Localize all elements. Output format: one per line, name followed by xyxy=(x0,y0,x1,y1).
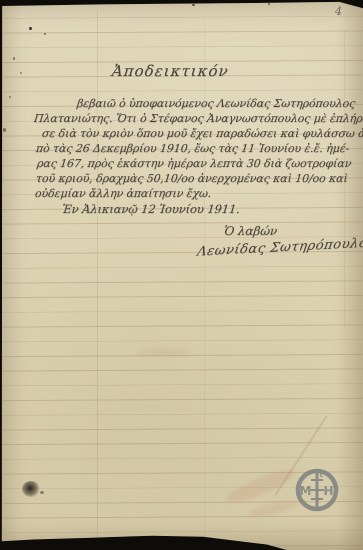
body-line-7: οὐδεμίαν ἄλλην ἀπαίτησιν ἔχω. xyxy=(34,187,212,200)
speck xyxy=(44,33,46,35)
speck xyxy=(29,27,32,30)
body-line-4: πὸ τὰς 26 Δεκεμβρίου 1910, ἕως τὰς 11 Ἰο… xyxy=(35,142,350,155)
document-title: Ἀποδεικτικόν xyxy=(111,62,230,80)
archive-stamp-icon: Μ Η ε xyxy=(294,467,340,513)
svg-text:Μ: Μ xyxy=(300,484,312,498)
ink-stain xyxy=(22,481,40,497)
speck xyxy=(13,57,15,60)
vertical-crease xyxy=(97,10,98,540)
svg-text:ε: ε xyxy=(320,471,324,479)
speck xyxy=(268,3,270,5)
speck xyxy=(192,4,195,6)
body-line-2: Πλατανιώτης. Ὅτι ὁ Στέφανος Ἀναγνωστόπου… xyxy=(33,112,363,125)
signature-caption: Ὁ λαβών xyxy=(223,224,278,238)
speck xyxy=(40,491,44,494)
svg-text:Η: Η xyxy=(323,484,333,498)
speck xyxy=(20,72,22,74)
page-number: 4 xyxy=(335,5,342,18)
bleed-through-smudge xyxy=(136,348,192,356)
scanned-document-page: Ἀποδεικτικόν βεβαιῶ ὁ ὑποφαινόμενος Λεων… xyxy=(0,0,363,550)
speck xyxy=(9,96,11,98)
paper-sheet: Ἀποδεικτικόν βεβαιῶ ὁ ὑποφαινόμενος Λεων… xyxy=(0,0,363,550)
body-line-3: σε διὰ τὸν κριὸν ὅπου μοῦ ἔχει παραδώσει… xyxy=(41,127,363,140)
body-line-1: βεβαιῶ ὁ ὑποφαινόμενος Λεωνίδας Σωτηρόπο… xyxy=(76,97,356,110)
body-line-6: τοῦ κριοῦ, δραχμὰς 50,10/οο ἀνερχομένας … xyxy=(35,172,348,185)
archive-stamp: Μ Η ε xyxy=(294,467,340,517)
dateline: Ἐν Ἀλικιανῷ 12 Ἰουνίου 1911. xyxy=(61,202,240,216)
body-line-5: ρας 167, πρὸς ἑκάστην ἡμέραν λεπτὰ 30 δι… xyxy=(36,157,352,170)
speck xyxy=(3,128,6,132)
